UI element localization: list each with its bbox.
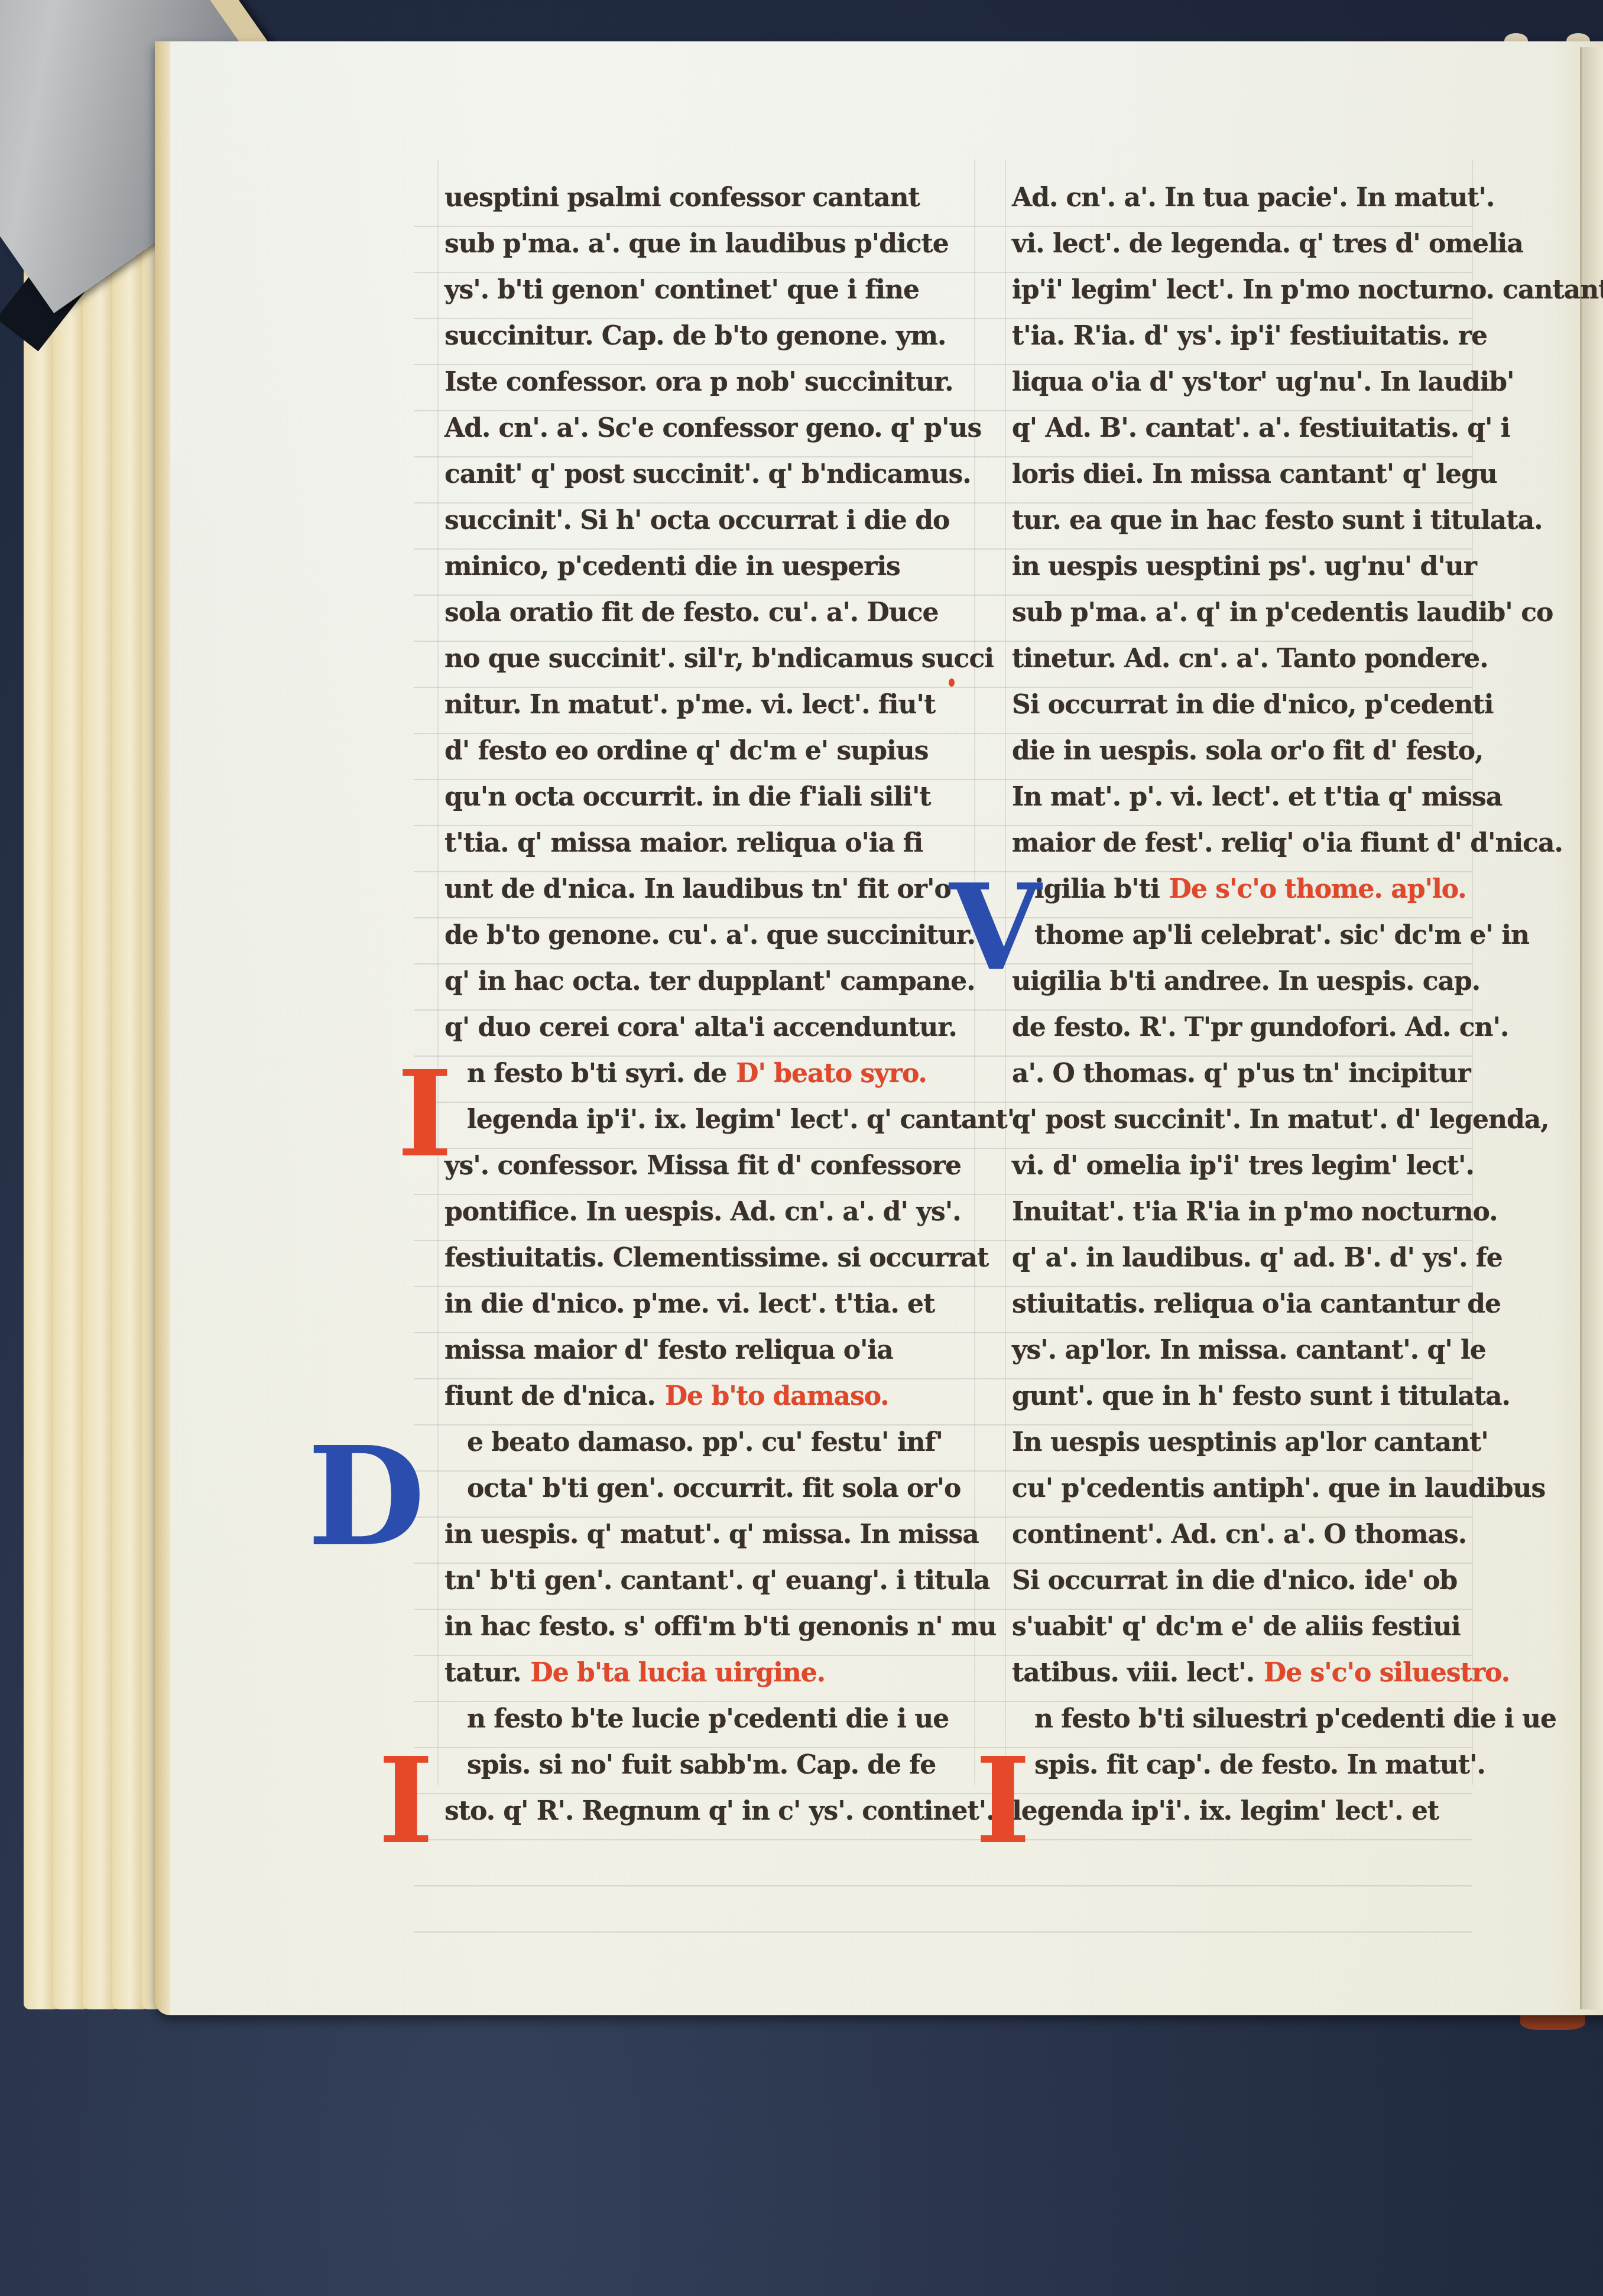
text-line: minico, p'cedenti die in uesperis [444, 544, 971, 590]
line-text: q' duo cerei cora' alta'i accenduntur. [444, 1005, 957, 1051]
line-text: spis. si no' fuit sabb'm. Cap. de fe [467, 1742, 936, 1788]
line-text: ip'i' legim' lect'. In p'mo nocturno. ca… [1012, 267, 1603, 313]
line-text: in uespis. q' matut'. q' missa. In missa [444, 1512, 979, 1558]
line-text: sola oratio fit de festo. cu'. a'. Duce [444, 590, 938, 636]
text-line: octa' b'ti gen'. occurrit. fit sola or'o [444, 1466, 971, 1512]
text-line: sub p'ma. a'. que in laudibus p'dicte [444, 221, 971, 267]
text-line: spis. fit cap'. de festo. In matut'. [1012, 1742, 1479, 1788]
text-line: q' in hac octa. ter dupplant' campane. [444, 959, 971, 1005]
line-text: spis. fit cap'. de festo. In matut'. [1034, 1742, 1485, 1788]
text-line: qu'n octa occurrit. in die f'iali sili't [444, 774, 971, 820]
line-text: sub p'ma. a'. que in laudibus p'dicte [444, 221, 949, 267]
line-text: ys'. confessor. Missa fit d' confessore [444, 1143, 961, 1189]
line-text: gunt'. que in h' festo sunt i titulata. [1012, 1373, 1510, 1420]
text-line: thome ap'li celebrat'. sic' dc'm e' in [1012, 912, 1479, 959]
text-line: tatibus. viii. lect'.De s'c'o siluestro. [1012, 1650, 1479, 1696]
text-line: ip'i' legim' lect'. In p'mo nocturno. ca… [1012, 267, 1479, 313]
text-line: s'uabit' q' dc'm e' de aliis festiui [1012, 1604, 1479, 1650]
line-text: nitur. In matut'. p'me. vi. lect'. fiu't [444, 682, 935, 728]
left-text-column: uesptini psalmi confessor cantantsub p'm… [444, 175, 971, 1834]
text-line: in uespis. q' matut'. q' missa. In missa [444, 1512, 971, 1558]
text-line: ys'. b'ti genon' continet' que i fine [444, 267, 971, 313]
text-line: stiuitatis. reliqua o'ia cantantur de [1012, 1281, 1479, 1327]
text-line: ys'. ap'lor. In missa. cantant'. q' le [1012, 1327, 1479, 1373]
line-text: n festo b'te lucie p'cedenti die i ue [467, 1696, 949, 1742]
line-text: q' post succinit'. In matut'. d' legenda… [1012, 1097, 1549, 1143]
line-text: tinetur. Ad. cn'. a'. Tanto pondere. [1012, 636, 1488, 682]
text-line: festiuitatis. Clementissime. si occurrat [444, 1235, 971, 1281]
line-text: s'uabit' q' dc'm e' de aliis festiui [1012, 1604, 1461, 1650]
red-mark [949, 678, 955, 687]
initial-i-red: I [975, 1742, 1031, 1860]
line-text: Si occurrat in die d'nico. ide' ob [1012, 1558, 1457, 1604]
line-text: stiuitatis. reliqua o'ia cantantur de [1012, 1281, 1501, 1327]
text-line: Ad. cn'. a'. Sc'e confessor geno. q' p'u… [444, 405, 971, 452]
text-line: a'. O thomas. q' p'us tn' incipitur [1012, 1051, 1479, 1097]
line-text: vi. lect'. de legenda. q' tres d' omelia [1012, 221, 1523, 267]
text-line: Si occurrat in die d'nico. ide' ob [1012, 1558, 1479, 1604]
line-text: octa' b'ti gen'. occurrit. fit sola or'o [467, 1466, 960, 1512]
line-text: loris diei. In missa cantant' q' legu [1012, 452, 1497, 498]
line-text: ys'. ap'lor. In missa. cantant'. q' le [1012, 1327, 1486, 1373]
line-text: ys'. b'ti genon' continet' que i fine [444, 267, 919, 313]
text-line: e beato damaso. pp'. cu' festu' inf' [444, 1420, 971, 1466]
text-line: Si occurrat in die d'nico, p'cedenti [1012, 682, 1479, 728]
line-text: no que succinit'. sil'r, b'ndicamus succ… [444, 636, 994, 682]
rubric-heading: De s'c'o siluestro. [1264, 1650, 1510, 1696]
line-text: Ad. cn'. a'. Sc'e confessor geno. q' p'u… [444, 405, 981, 452]
text-line: de b'to genone. cu'. a'. que succinitur. [444, 912, 971, 959]
text-line: In mat'. p'. vi. lect'. et t'tia q' miss… [1012, 774, 1479, 820]
line-text: succinit'. Si h' octa occurrat i die do [444, 498, 949, 544]
line-text: In mat'. p'. vi. lect'. et t'tia q' miss… [1012, 774, 1502, 820]
text-line: q' post succinit'. In matut'. d' legenda… [1012, 1097, 1479, 1143]
line-text: vi. d' omelia ip'i' tres legim' lect'. [1012, 1143, 1474, 1189]
line-text: Si occurrat in die d'nico, p'cedenti [1012, 682, 1494, 728]
text-line: q' duo cerei cora' alta'i accenduntur. [444, 1005, 971, 1051]
line-text: n festo b'ti syri. de [467, 1051, 726, 1097]
text-line: missa maior d' festo reliqua o'ia [444, 1327, 971, 1373]
line-text: de festo. R'. T'pr gundofori. Ad. cn'. [1012, 1005, 1508, 1051]
text-line: n festo b'te lucie p'cedenti die i ue [444, 1696, 971, 1742]
line-text: tatur. [444, 1650, 521, 1696]
text-line: vi. lect'. de legenda. q' tres d' omelia [1012, 221, 1479, 267]
line-text: canit' q' post succinit'. q' b'ndicamus. [444, 452, 971, 498]
line-text: liqua o'ia d' ys'tor' ug'nu'. In laudib' [1012, 359, 1514, 405]
text-line: succinitur. Cap. de b'to genone. ym. [444, 313, 971, 359]
line-text: qu'n octa occurrit. in die f'iali sili't [444, 774, 931, 820]
line-text: tatibus. viii. lect'. [1012, 1650, 1254, 1696]
rubric-heading: De b'to damaso. [665, 1373, 889, 1420]
line-text: legenda ip'i'. ix. legim' lect'. q' cant… [467, 1097, 1014, 1143]
text-line: loris diei. In missa cantant' q' legu [1012, 452, 1479, 498]
line-text: Inuitat'. t'ia R'ia in p'mo nocturno. [1012, 1189, 1497, 1235]
line-text: n festo b'ti siluestri p'cedenti die i u… [1034, 1696, 1556, 1742]
rubric-heading: De s'c'o thome. ap'lo. [1169, 866, 1466, 912]
column-rule [437, 160, 439, 1785]
right-text-column: Ad. cn'. a'. In tua pacie'. In matut'.vi… [1012, 175, 1479, 1834]
line-text: pontifice. In uespis. Ad. cn'. a'. d' ys… [444, 1189, 960, 1235]
text-line: t'ia. R'ia. d' ys'. ip'i' festiuitatis. … [1012, 313, 1479, 359]
initial-d-blue: D [307, 1429, 425, 1565]
text-line: legenda ip'i'. ix. legim' lect'. q' cant… [444, 1097, 971, 1143]
initial-i-red: I [378, 1742, 434, 1860]
text-line: spis. si no' fuit sabb'm. Cap. de fe [444, 1742, 971, 1788]
text-line: maior de fest'. reliq' o'ia fiunt d' d'n… [1012, 820, 1479, 866]
rubric-heading: De b'ta lucia uirgine. [531, 1650, 826, 1696]
text-line: d' festo eo ordine q' dc'm e' supius [444, 728, 971, 774]
line-text: succinitur. Cap. de b'to genone. ym. [444, 313, 946, 359]
line-text: uigilia b'ti andree. In uespis. cap. [1012, 959, 1480, 1005]
text-line: t'tia. q' missa maior. reliqua o'ia fi [444, 820, 971, 866]
text-line: die in uespis. sola or'o fit d' festo, [1012, 728, 1479, 774]
line-text: t'ia. R'ia. d' ys'. ip'i' festiuitatis. … [1012, 313, 1487, 359]
initial-v-blue: V [949, 869, 1041, 987]
text-line: uesptini psalmi confessor cantant [444, 175, 971, 221]
line-text: unt de d'nica. In laudibus tn' fit or'o [444, 866, 951, 912]
text-line: uigilia b'ti andree. In uespis. cap. [1012, 959, 1479, 1005]
line-text: igilia b'ti [1034, 866, 1160, 912]
line-text: Ad. cn'. a'. In tua pacie'. In matut'. [1012, 175, 1494, 221]
line-text: q' Ad. B'. cantat'. a'. festiuitatis. q'… [1012, 405, 1510, 452]
text-line: n festo b'ti siluestri p'cedenti die i u… [1012, 1696, 1479, 1742]
line-text: in hac festo. s' offi'm b'ti genonis n' … [444, 1604, 997, 1650]
line-text: in uespis uesptini ps'. ug'nu' d'ur [1012, 544, 1477, 590]
text-line: tinetur. Ad. cn'. a'. Tanto pondere. [1012, 636, 1479, 682]
text-line: in uespis uesptini ps'. ug'nu' d'ur [1012, 544, 1479, 590]
text-line: legenda ip'i'. ix. legim' lect'. et [1012, 1788, 1479, 1834]
text-line: sub p'ma. a'. q' in p'cedentis laudib' c… [1012, 590, 1479, 636]
line-text: sub p'ma. a'. q' in p'cedentis laudib' c… [1012, 590, 1553, 636]
rubric-heading: D' beato syro. [736, 1051, 927, 1097]
text-line: sto. q' R'. Regnum q' in c' ys'. contine… [444, 1788, 971, 1834]
line-text: uesptini psalmi confessor cantant [444, 175, 920, 221]
line-text: a'. O thomas. q' p'us tn' incipitur [1012, 1051, 1471, 1097]
text-line: succinit'. Si h' octa occurrat i die do [444, 498, 971, 544]
text-line: de festo. R'. T'pr gundofori. Ad. cn'. [1012, 1005, 1479, 1051]
line-text: die in uespis. sola or'o fit d' festo, [1012, 728, 1483, 774]
line-text: t'tia. q' missa maior. reliqua o'ia fi [444, 820, 923, 866]
text-line: in die d'nico. p'me. vi. lect'. t'tia. e… [444, 1281, 971, 1327]
text-line: liqua o'ia d' ys'tor' ug'nu'. In laudib' [1012, 359, 1479, 405]
line-text: q' in hac octa. ter dupplant' campane. [444, 959, 975, 1005]
line-text: q' a'. in laudibus. q' ad. B'. d' ys'. f… [1012, 1235, 1503, 1281]
text-line: In uespis uesptinis ap'lor cantant' [1012, 1420, 1479, 1466]
text-line: continent'. Ad. cn'. a'. O thomas. [1012, 1512, 1479, 1558]
line-text: Iste confessor. ora p nob' succinitur. [444, 359, 953, 405]
text-line: n festo b'ti syri. deD' beato syro. [444, 1051, 971, 1097]
text-line: cu' p'cedentis antiph'. que in laudibus [1012, 1466, 1479, 1512]
line-text: sto. q' R'. Regnum q' in c' ys'. contine… [444, 1788, 995, 1834]
line-text: cu' p'cedentis antiph'. que in laudibus [1012, 1466, 1545, 1512]
facing-page-edge [1580, 47, 1603, 2009]
line-text: in die d'nico. p'me. vi. lect'. t'tia. e… [444, 1281, 934, 1327]
text-line: vi. d' omelia ip'i' tres legim' lect'. [1012, 1143, 1479, 1189]
line-text: tn' b'ti gen'. cantant'. q' euang'. i ti… [444, 1558, 990, 1604]
text-line: pontifice. In uespis. Ad. cn'. a'. d' ys… [444, 1189, 971, 1235]
text-line: fiunt de d'nica.De b'to damaso. [444, 1373, 971, 1420]
line-text: e beato damaso. pp'. cu' festu' inf' [467, 1420, 943, 1466]
line-text: fiunt de d'nica. [444, 1373, 656, 1420]
text-line: ys'. confessor. Missa fit d' confessore [444, 1143, 971, 1189]
line-text: d' festo eo ordine q' dc'm e' supius [444, 728, 928, 774]
text-line: sola oratio fit de festo. cu'. a'. Duce [444, 590, 971, 636]
line-text: thome ap'li celebrat'. sic' dc'm e' in [1034, 912, 1529, 959]
line-text: festiuitatis. Clementissime. si occurrat [444, 1235, 988, 1281]
text-line: tn' b'ti gen'. cantant'. q' euang'. i ti… [444, 1558, 971, 1604]
text-line: igilia b'tiDe s'c'o thome. ap'lo. [1012, 866, 1479, 912]
text-line: q' a'. in laudibus. q' ad. B'. d' ys'. f… [1012, 1235, 1479, 1281]
line-text: minico, p'cedenti die in uesperis [444, 544, 900, 590]
text-line: Iste confessor. ora p nob' succinitur. [444, 359, 971, 405]
text-line: q' Ad. B'. cantat'. a'. festiuitatis. q'… [1012, 405, 1479, 452]
text-line: canit' q' post succinit'. q' b'ndicamus. [444, 452, 971, 498]
text-line: in hac festo. s' offi'm b'ti genonis n' … [444, 1604, 971, 1650]
initial-i-red: I [397, 1056, 453, 1174]
text-line: no que succinit'. sil'r, b'ndicamus succ… [444, 636, 971, 682]
text-line: Ad. cn'. a'. In tua pacie'. In matut'. [1012, 175, 1479, 221]
text-line: nitur. In matut'. p'me. vi. lect'. fiu't [444, 682, 971, 728]
line-text: In uespis uesptinis ap'lor cantant' [1012, 1420, 1488, 1466]
line-text: legenda ip'i'. ix. legim' lect'. et [1012, 1788, 1439, 1834]
line-text: de b'to genone. cu'. a'. que succinitur. [444, 912, 975, 959]
line-text: continent'. Ad. cn'. a'. O thomas. [1012, 1512, 1466, 1558]
text-line: Inuitat'. t'ia R'ia in p'mo nocturno. [1012, 1189, 1479, 1235]
text-line: tur. ea que in hac festo sunt i titulata… [1012, 498, 1479, 544]
text-line: gunt'. que in h' festo sunt i titulata. [1012, 1373, 1479, 1420]
line-text: missa maior d' festo reliqua o'ia [444, 1327, 893, 1373]
line-text: tur. ea que in hac festo sunt i titulata… [1012, 498, 1542, 544]
line-text: maior de fest'. reliq' o'ia fiunt d' d'n… [1012, 820, 1563, 866]
text-line: tatur.De b'ta lucia uirgine. [444, 1650, 971, 1696]
text-line: unt de d'nica. In laudibus tn' fit or'o [444, 866, 971, 912]
